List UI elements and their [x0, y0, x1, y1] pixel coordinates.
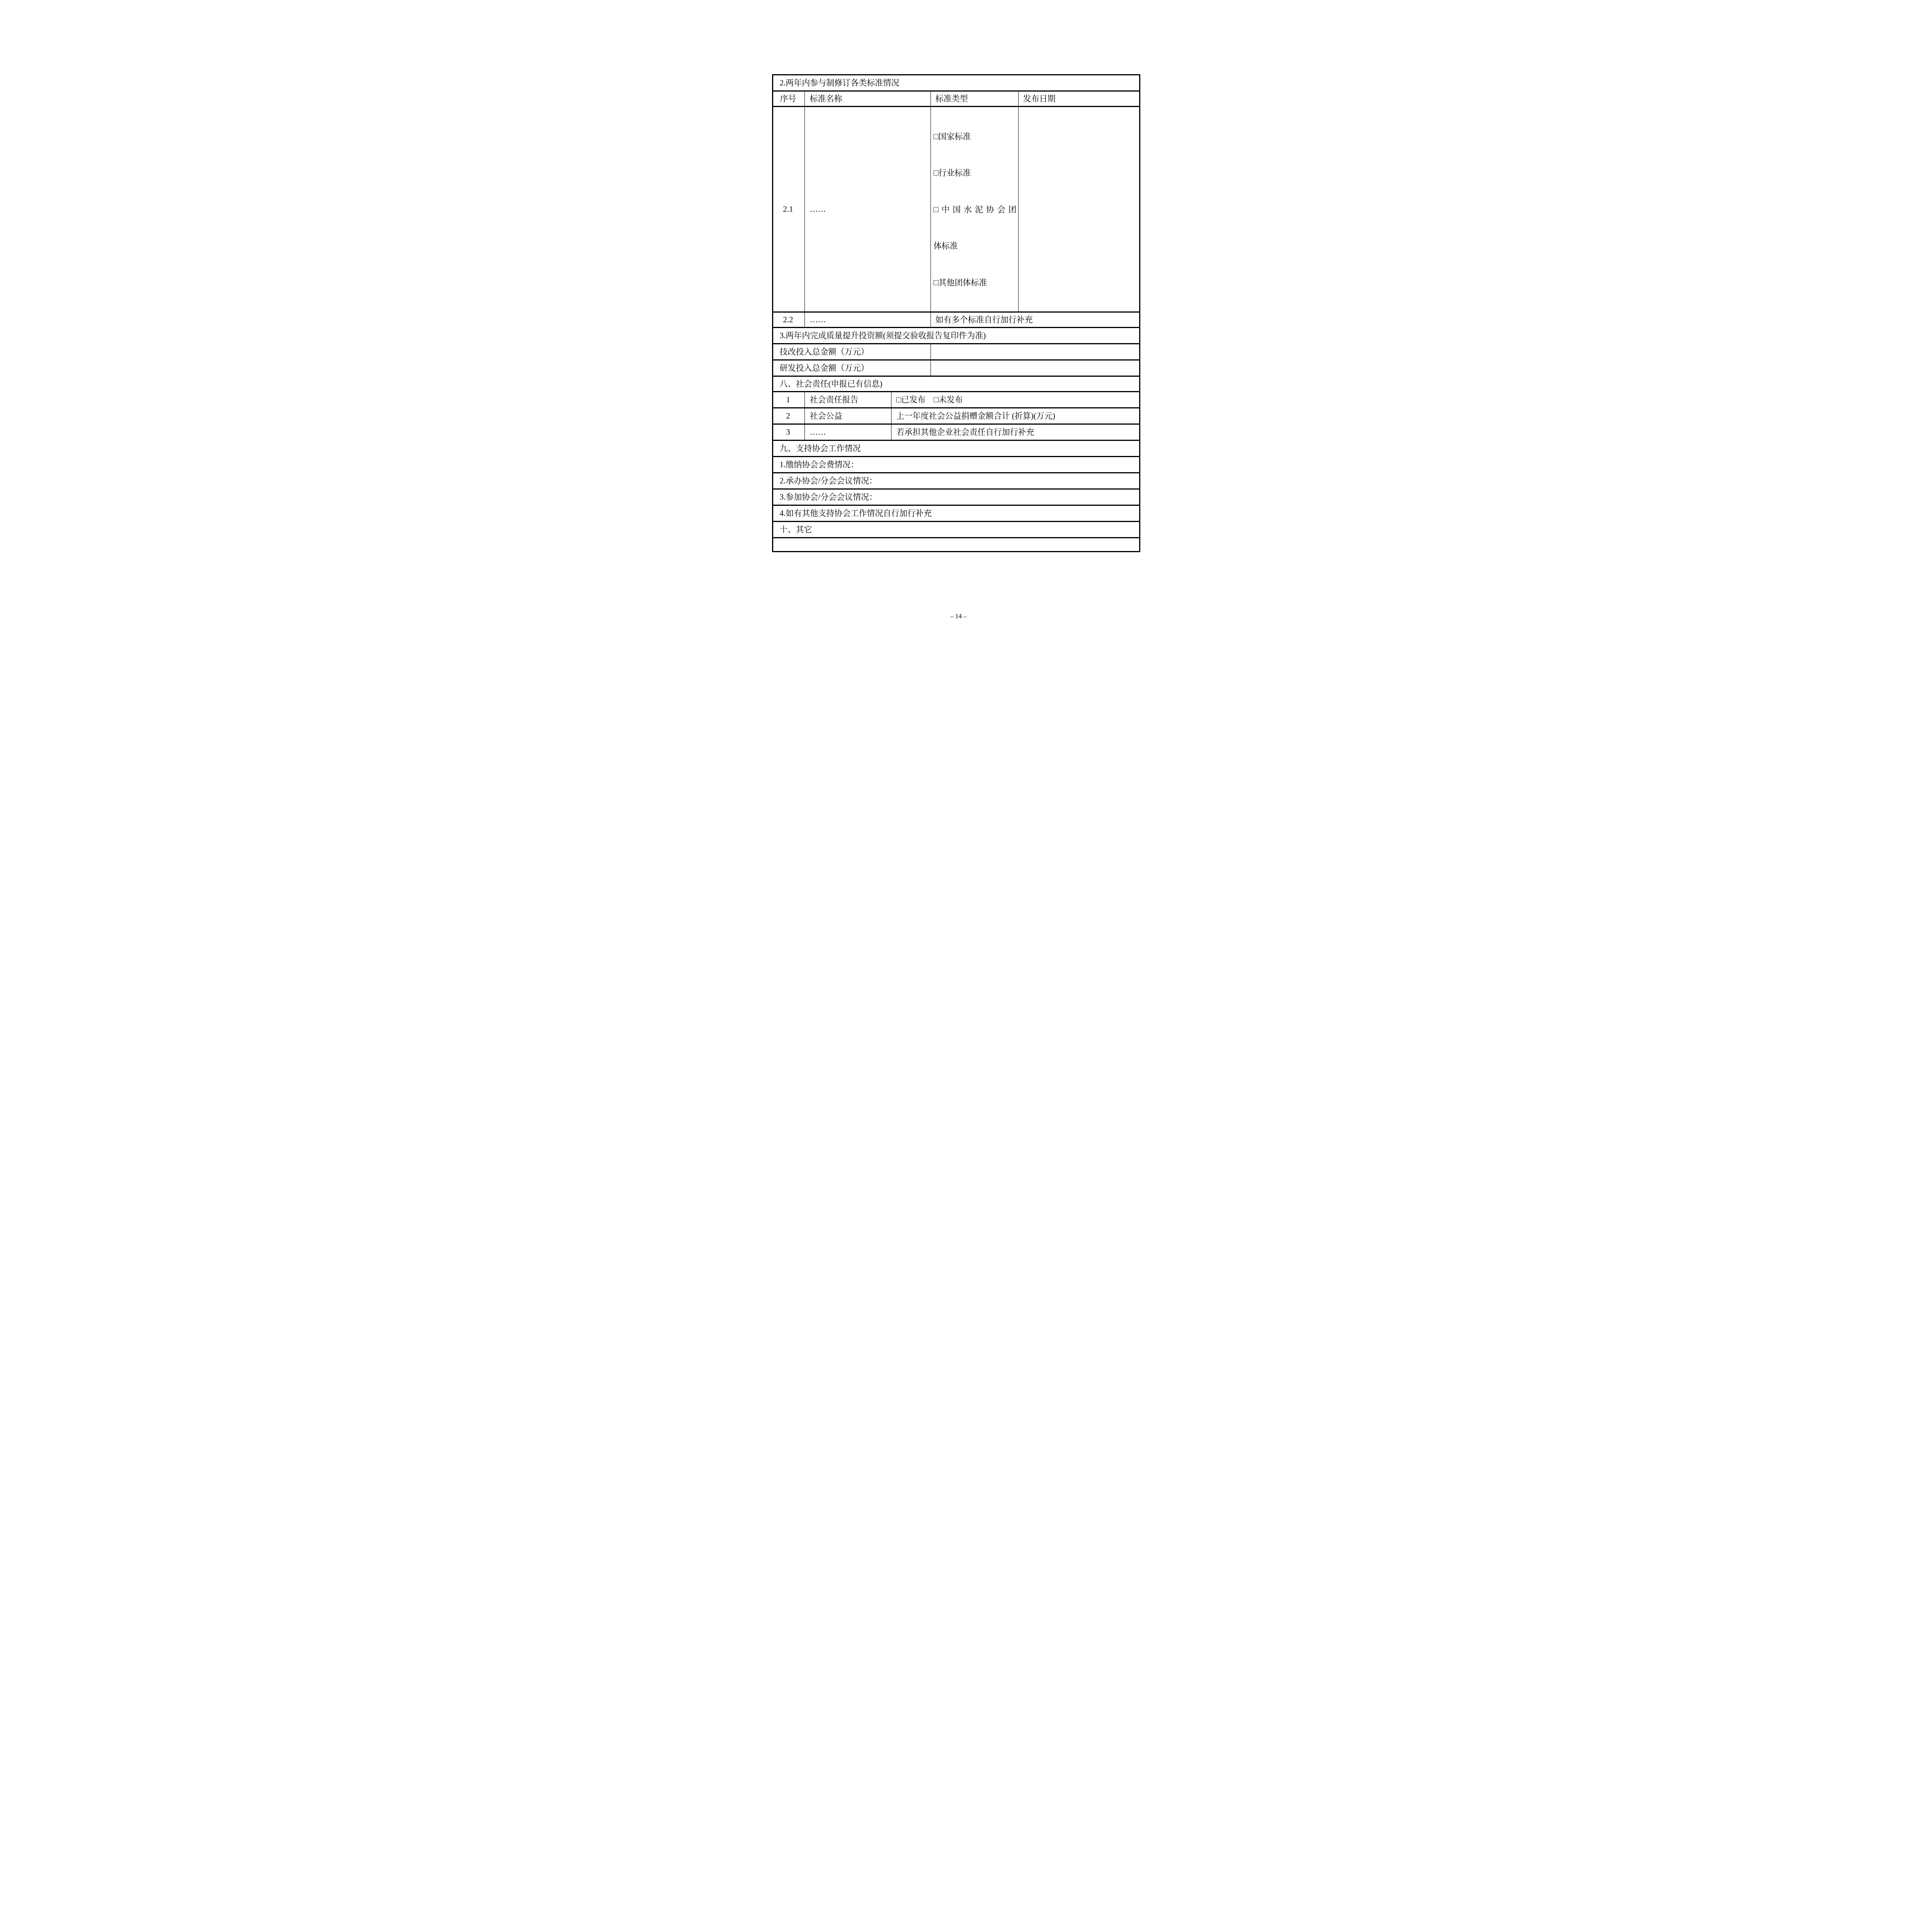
col-header-publish-date: 发布日期: [1018, 91, 1140, 107]
rnd-amount-label: 研发投入总金额（万元）: [772, 360, 930, 376]
s8-row1-detail: □已发布 □未发布: [891, 392, 1140, 408]
col-header-standard-type: 标准类型: [930, 91, 1018, 107]
section10-title: 十、其它: [772, 522, 1140, 538]
tech-upgrade-amount-empty: [930, 344, 1140, 360]
row22-seq: 2.2: [772, 312, 805, 328]
row21-publish-date-empty: [1018, 107, 1140, 312]
checkbox-national-standard: □国家标准: [934, 128, 1017, 145]
section2-title: 2.两年内参与制修订各类标准情况: [772, 75, 1140, 91]
col-header-standard-name: 标准名称: [805, 91, 930, 107]
s8-row1-item: 社会责任报告: [805, 392, 891, 408]
tech-upgrade-amount-label: 技改投入总金额（万元）: [772, 344, 930, 360]
checkbox-cement-association-standard-wrap: 体标准: [934, 238, 1017, 254]
checkbox-industry-standard: □行业标准: [934, 165, 1017, 181]
s8-row3-item: ……: [805, 424, 891, 440]
s8-row3-detail: 若承担其他企业社会责任自行加行补充: [891, 424, 1140, 440]
page-number: – 14 –: [719, 612, 1198, 620]
row21-standard-name: ……: [805, 107, 930, 312]
s8-row2-detail: 上一年度社会公益捐赠金额合计 (折算)(万元): [891, 408, 1140, 424]
s8-row3-seq: 3: [772, 424, 805, 440]
application-form-table: 2.两年内参与制修订各类标准情况 序号 标准名称 标准类型 发布日期 2.1 ……: [772, 74, 1140, 552]
rnd-amount-empty: [930, 360, 1140, 376]
s9-row-other-support: 4.如有其他支持协会工作情况自行加行补充: [772, 505, 1140, 522]
section8-title: 八、社会责任(申报已有信息): [772, 376, 1140, 392]
checkbox-other-group-standard: □其他团体标准: [934, 274, 1017, 291]
s8-row2-seq: 2: [772, 408, 805, 424]
document-page: 2.两年内参与制修订各类标准情况 序号 标准名称 标准类型 发布日期 2.1 ……: [719, 0, 1198, 678]
section3-title: 3.两年内完成质量提升投资额(须提交验收报告复印件为准): [772, 328, 1140, 344]
s9-row-attend-meetings: 3.参加协会/分会会议情况：: [772, 489, 1140, 505]
s9-row-host-meetings: 2.承办协会/分会会议情况：: [772, 473, 1140, 489]
section10-empty-row: [772, 538, 1140, 552]
checkbox-cement-association-standard: □中国水泥协会团: [934, 201, 1017, 218]
row22-standard-name: ……: [805, 312, 930, 328]
s8-row2-item: 社会公益: [805, 408, 891, 424]
s8-row1-seq: 1: [772, 392, 805, 408]
col-header-seq: 序号: [772, 91, 805, 107]
row21-standard-type: □国家标准 □行业标准 □中国水泥协会团 体标准 □其他团体标准: [930, 107, 1018, 312]
section9-title: 九、支持协会工作情况: [772, 440, 1140, 457]
row21-seq: 2.1: [772, 107, 805, 312]
row22-note: 如有多个标准自行加行补充: [930, 312, 1140, 328]
s9-row-membership-fee: 1.缴纳协会会费情况：: [772, 457, 1140, 473]
